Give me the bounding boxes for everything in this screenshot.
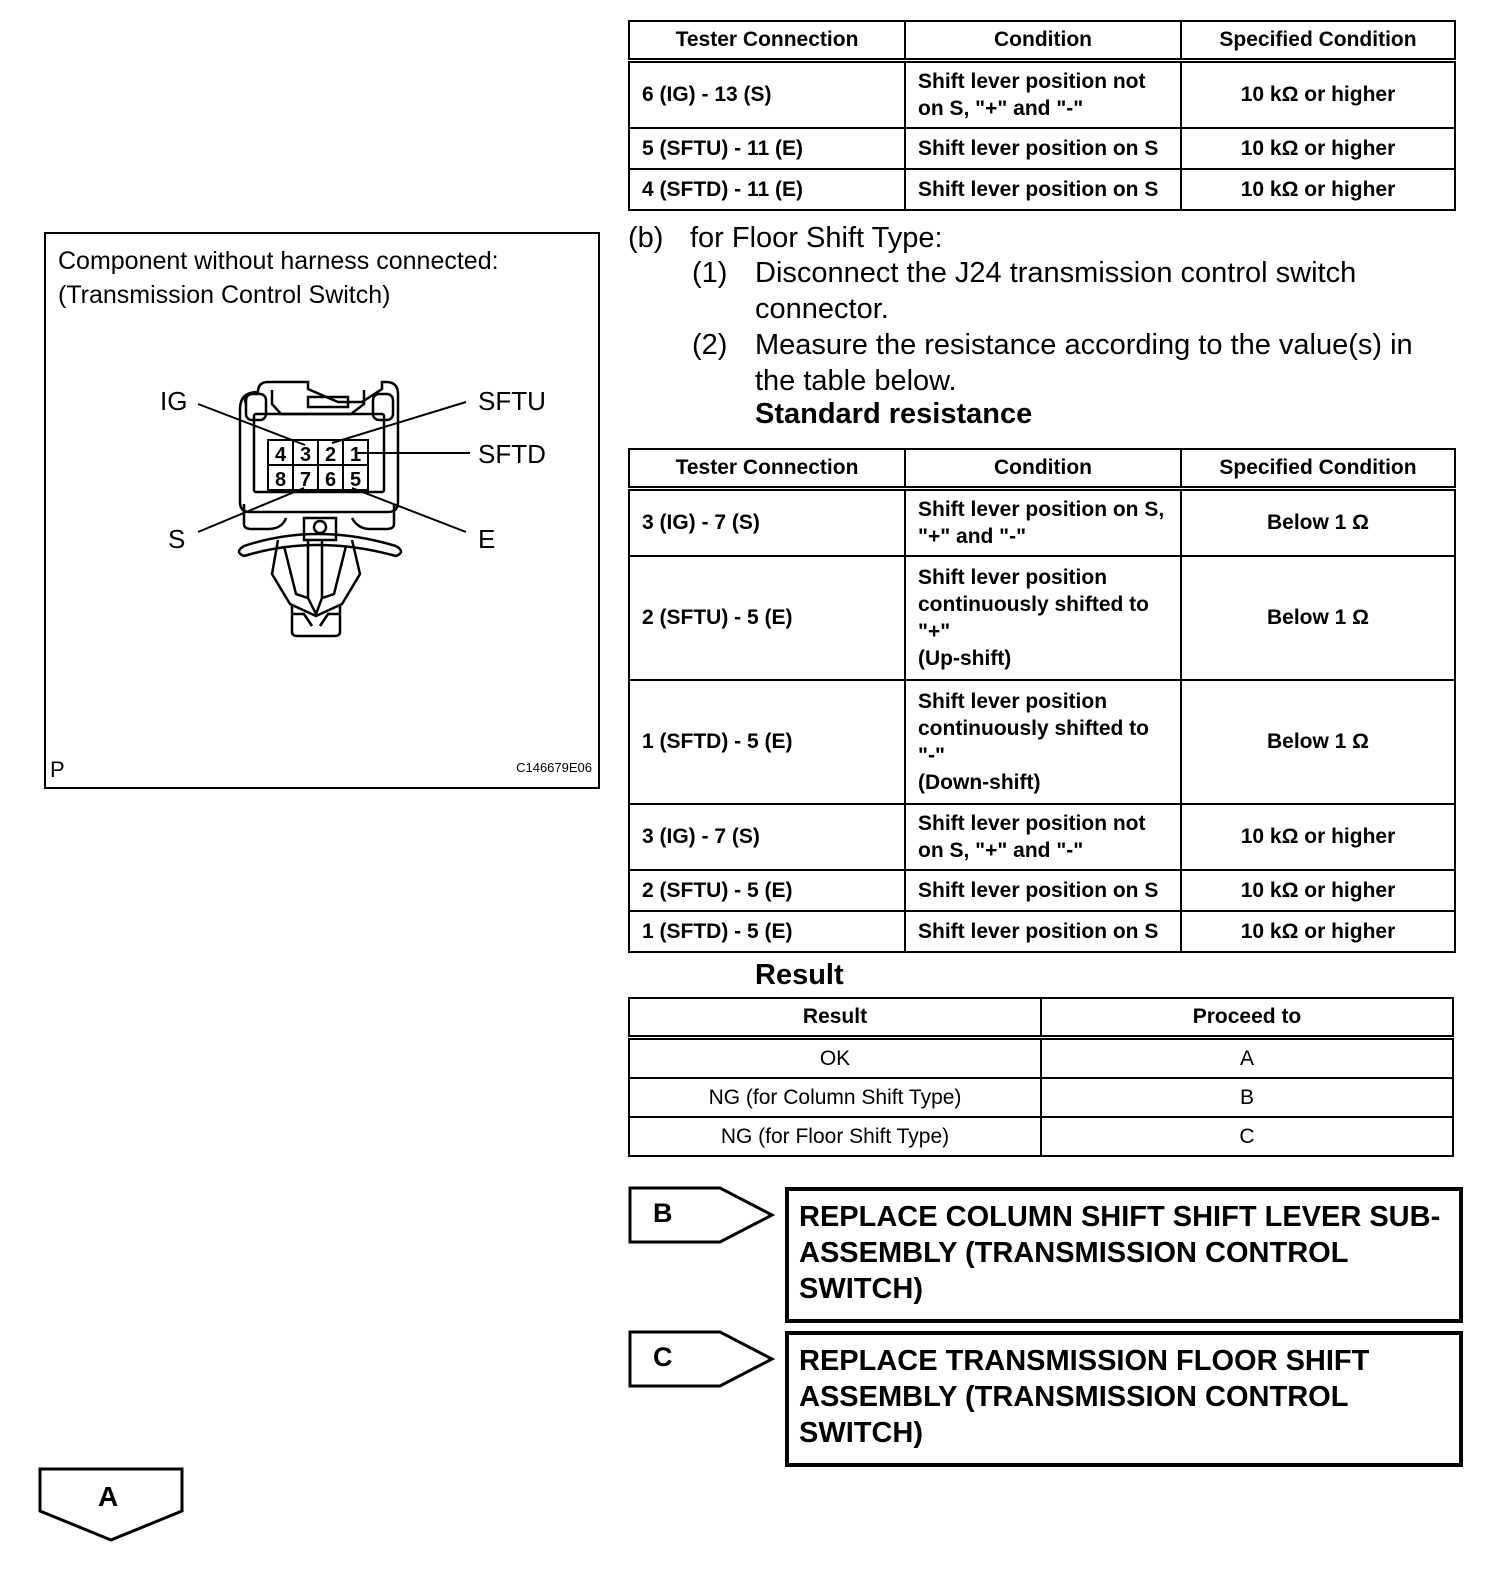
table-header-row: Result Proceed to [629, 998, 1453, 1038]
action-b-box: REPLACE COLUMN SHIFT SHIFT LEVER SUB-ASS… [785, 1187, 1463, 1323]
specified-condition-cell: Below 1 Ω [1181, 680, 1455, 804]
condition-cell: Shift lever position not on S, "+" and "… [905, 804, 1181, 870]
connector-housing-icon [239, 382, 401, 636]
result-cell: NG (for Column Shift Type) [629, 1078, 1041, 1117]
header-specified-condition: Specified Condition [1181, 21, 1455, 61]
label-s: S [168, 524, 185, 554]
arrow-right-tag-icon [628, 1186, 776, 1244]
tester-connection-cell: 2 (SFTU) - 5 (E) [629, 556, 905, 680]
table-row: NG (for Floor Shift Type) C [629, 1117, 1453, 1156]
specified-condition-cell: 10 kΩ or higher [1181, 911, 1455, 952]
action-c-box: REPLACE TRANSMISSION FLOOR SHIFT ASSEMBL… [785, 1331, 1463, 1467]
table-row: 2 (SFTU) - 5 (E) Shift lever position co… [629, 556, 1455, 680]
proceed-cell: B [1041, 1078, 1453, 1117]
tester-connection-cell: 6 (IG) - 13 (S) [629, 61, 905, 129]
table-header-row: Tester Connection Condition Specified Co… [629, 21, 1455, 61]
specified-condition-cell: 10 kΩ or higher [1181, 804, 1455, 870]
svg-text:5: 5 [350, 469, 361, 491]
proceed-a-tag: A [38, 1467, 184, 1543]
condition-line: (Down-shift) [918, 769, 1168, 796]
tester-connection-cell: 3 (IG) - 7 (S) [629, 489, 905, 557]
proceed-a-label: A [98, 1481, 118, 1513]
table-row: OK A [629, 1038, 1453, 1079]
proceed-b-label: B [653, 1198, 673, 1229]
table-row: 2 (SFTU) - 5 (E) Shift lever position on… [629, 870, 1455, 911]
proceed-c-tag: C [628, 1330, 776, 1388]
condition-line: "+" [918, 618, 1168, 645]
specified-condition-cell: Below 1 Ω [1181, 489, 1455, 557]
specified-condition-cell: 10 kΩ or higher [1181, 61, 1455, 129]
substep-1-number: (1) [692, 255, 727, 291]
svg-text:1: 1 [350, 444, 361, 466]
table-header-row: Tester Connection Condition Specified Co… [629, 449, 1455, 489]
condition-cell: Shift lever position on S [905, 911, 1181, 952]
proceed-b-tag: B [628, 1186, 776, 1244]
proceed-cell: A [1041, 1038, 1453, 1079]
figure-corner-mark: P [50, 757, 65, 783]
tester-connection-cell: 1 (SFTD) - 5 (E) [629, 911, 905, 952]
table-row: 1 (SFTD) - 5 (E) Shift lever position on… [629, 911, 1455, 952]
substep-1-text: Disconnect the J24 transmission control … [755, 255, 1455, 327]
specified-condition-cell: 10 kΩ or higher [1181, 870, 1455, 911]
figure-id: C146679E06 [516, 760, 592, 775]
condition-line: (Up-shift) [918, 645, 1168, 672]
specified-condition-cell: Below 1 Ω [1181, 556, 1455, 680]
header-result: Result [629, 998, 1041, 1038]
label-sftd: SFTD [478, 439, 546, 469]
condition-cell: Shift lever position on S [905, 169, 1181, 210]
svg-text:3: 3 [300, 444, 311, 466]
header-tester-connection: Tester Connection [629, 449, 905, 489]
svg-text:7: 7 [300, 469, 311, 491]
condition-line: "-" [918, 742, 1168, 769]
step-b-label: (b) [628, 220, 663, 256]
result-cell: OK [629, 1038, 1041, 1079]
table-row: 4 (SFTD) - 11 (E) Shift lever position o… [629, 169, 1455, 210]
arrow-right-tag-icon [628, 1330, 776, 1388]
tester-connection-cell: 1 (SFTD) - 5 (E) [629, 680, 905, 804]
tester-connection-cell: 5 (SFTU) - 11 (E) [629, 128, 905, 169]
table-row: 5 (SFTU) - 11 (E) Shift lever position o… [629, 128, 1455, 169]
table-row: 6 (IG) - 13 (S) Shift lever position not… [629, 61, 1455, 129]
specified-condition-cell: 10 kΩ or higher [1181, 128, 1455, 169]
header-proceed-to: Proceed to [1041, 998, 1453, 1038]
floor-shift-resistance-table: Tester Connection Condition Specified Co… [628, 448, 1456, 953]
table-row: 3 (IG) - 7 (S) Shift lever position on S… [629, 489, 1455, 557]
svg-text:2: 2 [325, 444, 336, 466]
condition-cell: Shift lever position continuously shifte… [905, 680, 1181, 804]
table-row: 3 (IG) - 7 (S) Shift lever position not … [629, 804, 1455, 870]
substep-2-number: (2) [692, 327, 727, 363]
label-ig: IG [160, 386, 187, 416]
svg-text:8: 8 [275, 469, 286, 491]
header-condition: Condition [905, 21, 1181, 61]
condition-line: continuously shifted to [918, 715, 1168, 742]
condition-line: Shift lever position [918, 688, 1168, 715]
standard-resistance-heading: Standard resistance [755, 398, 1032, 431]
tester-connection-cell: 3 (IG) - 7 (S) [629, 804, 905, 870]
svg-text:6: 6 [325, 469, 336, 491]
condition-cell: Shift lever position on S [905, 128, 1181, 169]
result-heading: Result [755, 959, 844, 992]
table-row: NG (for Column Shift Type) B [629, 1078, 1453, 1117]
connector-diagram: 4 3 2 1 8 7 6 5 IG SFTU SFTD S E [46, 234, 598, 787]
condition-cell: Shift lever position not on S, "+" and "… [905, 61, 1181, 129]
result-table: Result Proceed to OK A NG (for Column Sh… [628, 997, 1454, 1157]
condition-line: continuously shifted to [918, 591, 1168, 618]
specified-condition-cell: 10 kΩ or higher [1181, 169, 1455, 210]
condition-cell: Shift lever position on S, "+" and "-" [905, 489, 1181, 557]
step-b-text: for Floor Shift Type: [690, 220, 943, 256]
proceed-c-label: C [653, 1342, 673, 1373]
condition-line: Shift lever position [918, 564, 1168, 591]
column-shift-resistance-table: Tester Connection Condition Specified Co… [628, 20, 1456, 211]
label-e: E [478, 524, 495, 554]
header-tester-connection: Tester Connection [629, 21, 905, 61]
proceed-cell: C [1041, 1117, 1453, 1156]
condition-cell: Shift lever position continuously shifte… [905, 556, 1181, 680]
tester-connection-cell: 2 (SFTU) - 5 (E) [629, 870, 905, 911]
header-specified-condition: Specified Condition [1181, 449, 1455, 489]
svg-text:4: 4 [275, 444, 287, 466]
result-cell: NG (for Floor Shift Type) [629, 1117, 1041, 1156]
tester-connection-cell: 4 (SFTD) - 11 (E) [629, 169, 905, 210]
connector-figure: Component without harness connected: (Tr… [44, 232, 600, 789]
table-row: 1 (SFTD) - 5 (E) Shift lever position co… [629, 680, 1455, 804]
substep-2-text: Measure the resistance according to the … [755, 327, 1455, 399]
condition-cell: Shift lever position on S [905, 870, 1181, 911]
header-condition: Condition [905, 449, 1181, 489]
label-sftu: SFTU [478, 386, 546, 416]
